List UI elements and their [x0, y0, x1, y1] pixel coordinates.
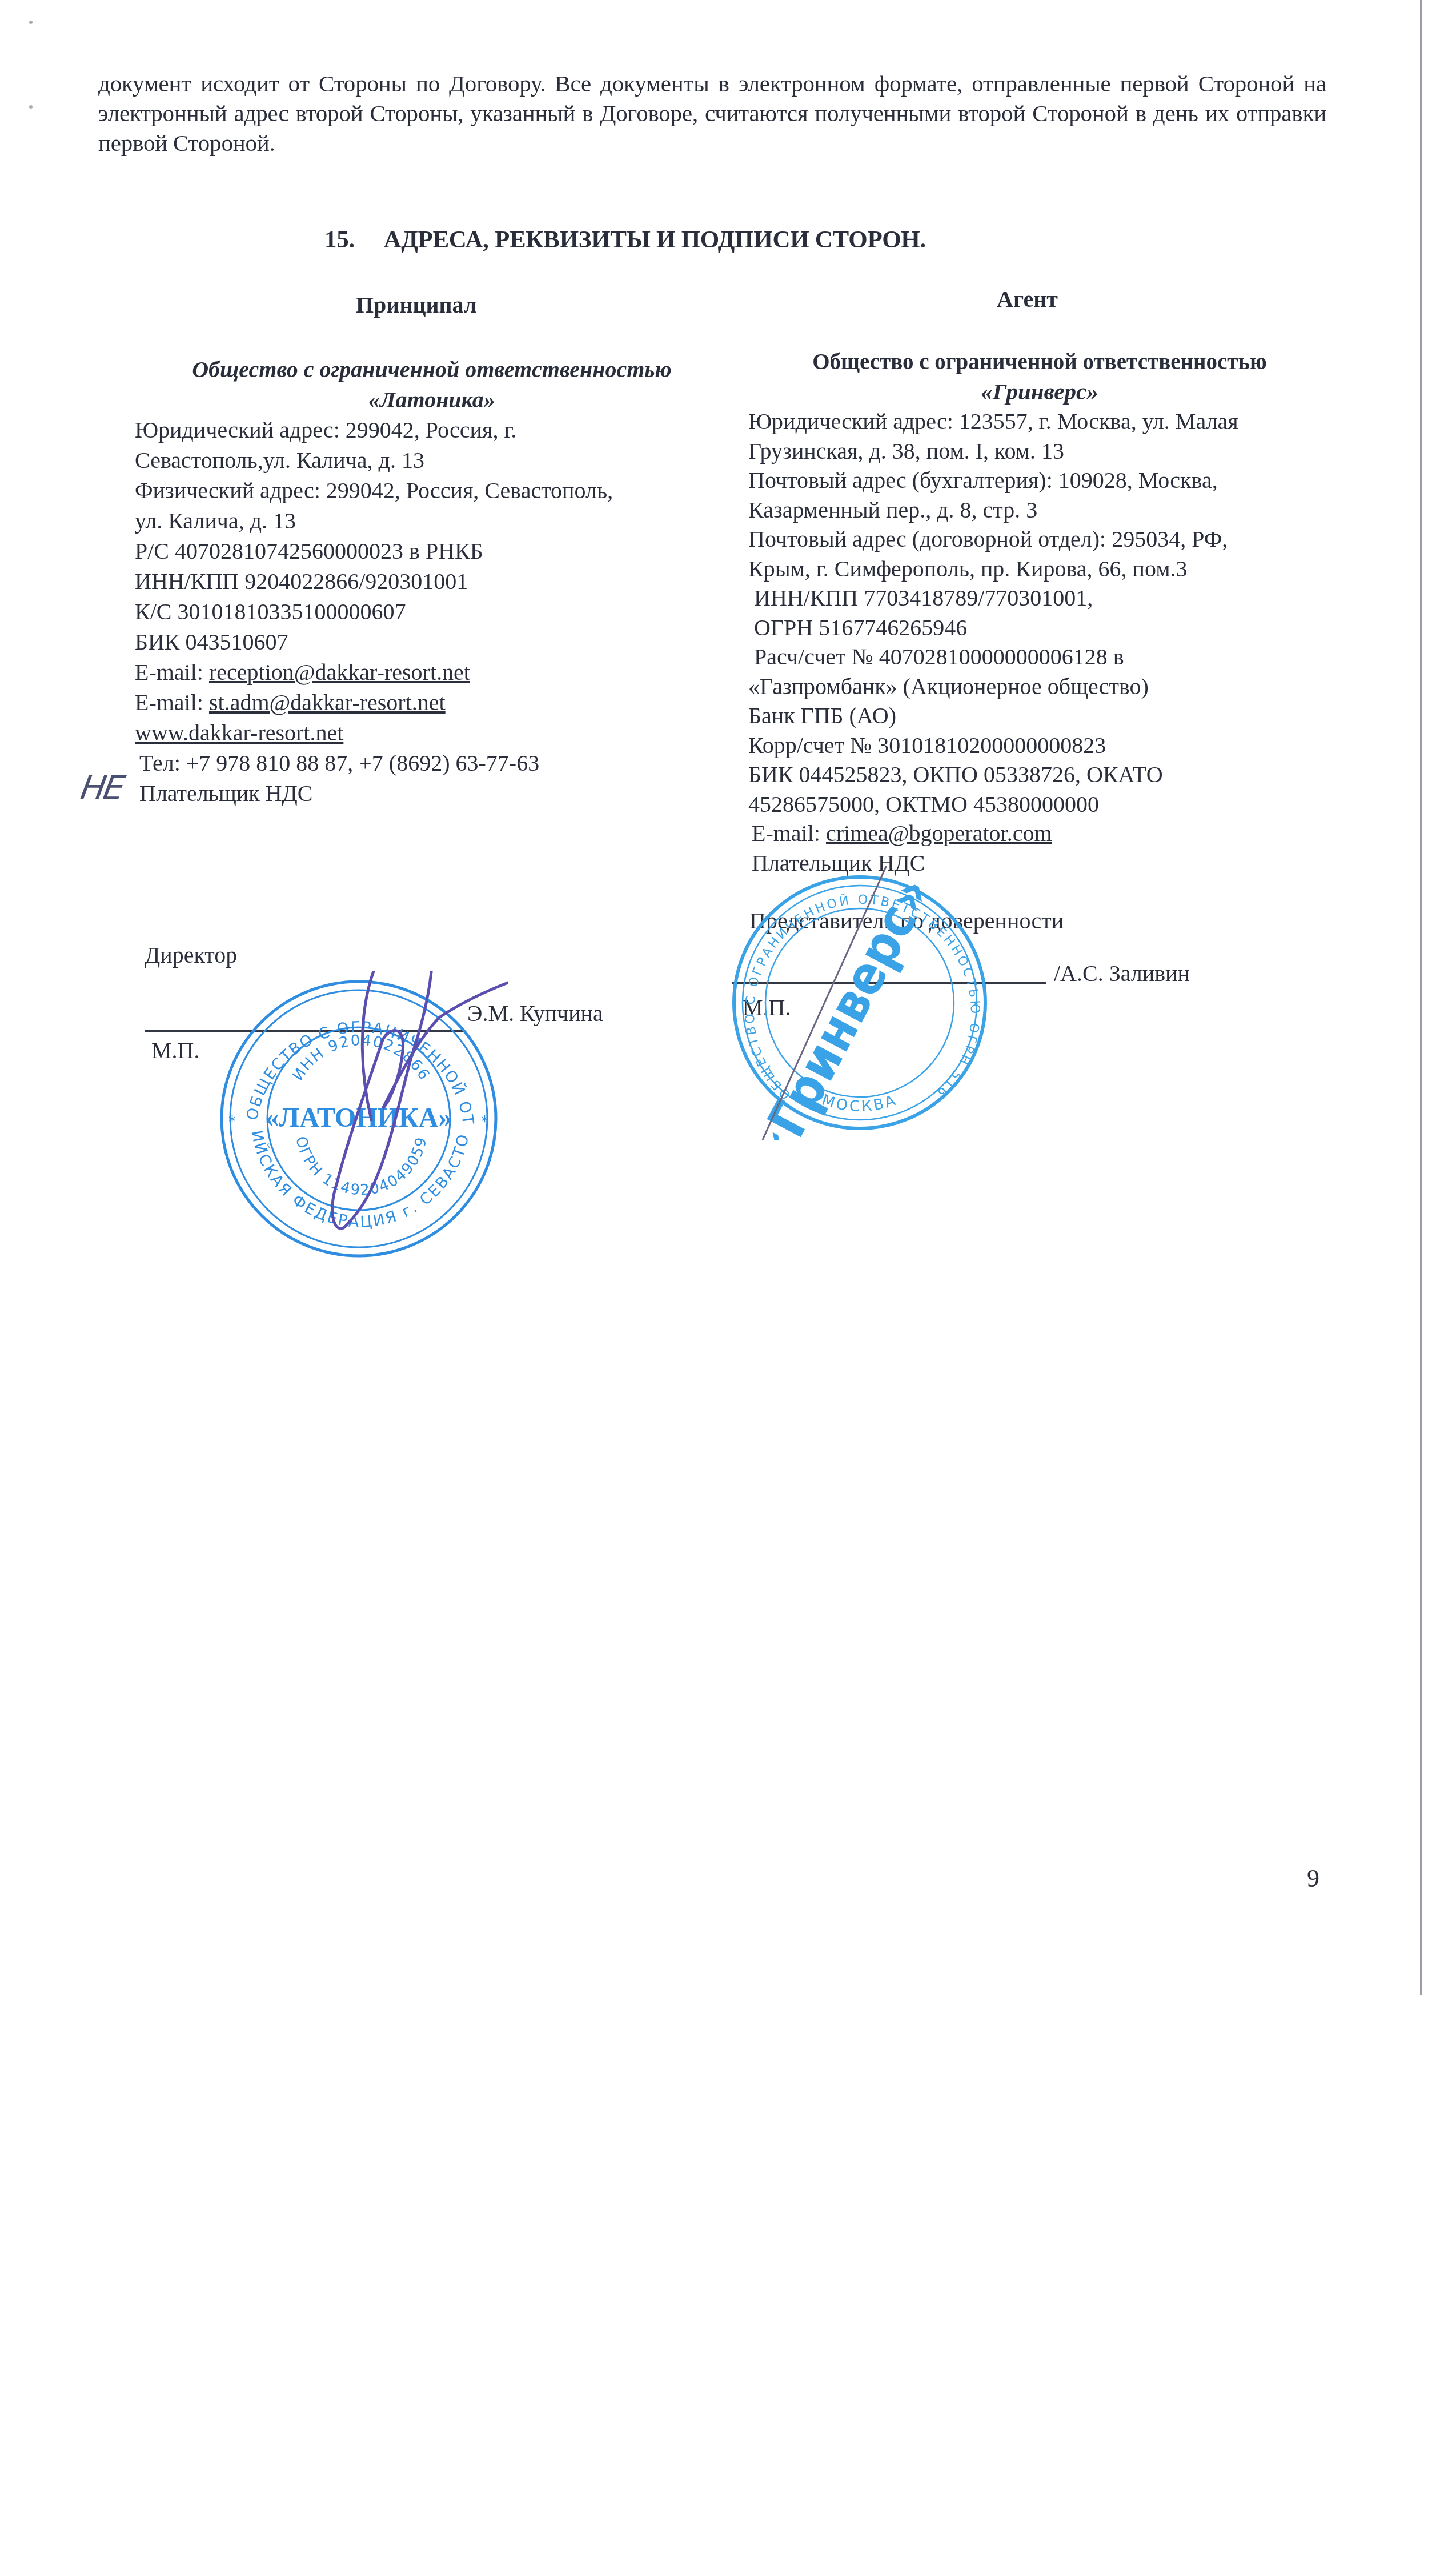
svg-text:*: * [228, 1114, 236, 1131]
email-label: E-mail: [135, 659, 209, 685]
principal-field: Юридический адрес: 299042, Россия, г. [135, 415, 706, 445]
agent-field: Крым, г. Симферополь, пр. Кирова, 66, по… [748, 554, 1331, 584]
agent-field: «Газпромбанк» (Акционерное общество) [748, 672, 1331, 702]
stamp-bottom-text: МОСКВА [820, 1091, 900, 1115]
principal-field: Р/С 40702810742560000023 в РНКБ [135, 536, 706, 566]
agent-company-name: «Гринверс» [748, 377, 1331, 407]
principal-phone: Тел: +7 978 810 88 87, +7 (8692) 63-77-6… [135, 748, 706, 778]
principal-signatory-title: Директор [145, 942, 237, 968]
email-label: E-mail: [135, 690, 209, 715]
principal-company-stamp: ОБЩЕСТВО С ОГРАНИЧЕННОЙ ОТВЕТСТВЕННОСТЬЮ… [211, 971, 508, 1268]
principal-vat-status: Плательщик НДС [135, 778, 706, 808]
agent-field: Почтовый адрес (договорной отдел): 29503… [748, 524, 1331, 554]
stamp-center-name: «ЛАТОНИКА» [265, 1103, 452, 1133]
svg-text:ОГРН 1149204049059: ОГРН 1149204049059 [292, 1135, 431, 1199]
agent-field: ИНН/КПП 7703418789/770301001, [748, 583, 1331, 613]
scan-artifact-dot [29, 21, 33, 24]
stamp-outer-text: ОБЩЕСТВО С ОГРАНИЧЕННОЙ ОТВЕТСТВЕННОСТЬЮ [211, 971, 477, 1127]
svg-text:*: * [481, 1114, 488, 1131]
agent-email-link[interactable]: crimea@bgoperator.com [826, 820, 1052, 846]
principal-email-row: E-mail: st.adm@dakkar-resort.net [135, 687, 706, 718]
principal-email-reception-link[interactable]: reception@dakkar-resort.net [209, 659, 470, 685]
agent-seal-label: М.П. [743, 994, 791, 1021]
scan-artifact-dot [29, 105, 33, 109]
principal-signatory-name: Э.М. Купчина [467, 1000, 603, 1027]
principal-company-name: «Латоника» [146, 385, 717, 415]
principal-website-link[interactable]: www.dakkar-resort.net [135, 718, 706, 748]
svg-text:ИНН 9204022866: ИНН 9204022866 [290, 1032, 434, 1084]
agent-field: 45286575000, ОКТМО 45380000000 [748, 790, 1331, 819]
agent-label: Агент [997, 286, 1058, 313]
agent-email-row: E-mail: crimea@bgoperator.com [748, 819, 1331, 848]
page-edge-rule [1420, 0, 1422, 1995]
svg-text:ОБЩЕСТВО С ОГРАНИЧЕННОЙ ОТВЕТС: ОБЩЕСТВО С ОГРАНИЧЕННОЙ ОТВЕТСТВЕННОСТЬЮ [211, 971, 477, 1127]
stamp-bottom-text: РОССИЙСКАЯ ФЕДЕРАЦИЯ г. СЕВАСТОПОЛЬ [211, 971, 473, 1231]
section-heading: 15. АДРЕСА, РЕКВИЗИТЫ И ПОДПИСИ СТОРОН. [0, 226, 1456, 254]
principal-field: Севастополь,ул. Калича, д. 13 [135, 445, 706, 475]
agent-company-type: Общество с ограниченной ответственностью [748, 347, 1331, 377]
principal-field: К/С 30101810335100000607 [135, 596, 706, 627]
section-title: АДРЕСА, РЕКВИЗИТЫ И ПОДПИСИ СТОРОН. [383, 226, 926, 253]
principal-field: Физический адрес: 299042, Россия, Севаст… [135, 475, 706, 506]
agent-field: Корр/счет № 30101810200000000823 [748, 731, 1331, 760]
agent-signatory-title: Представитель по доверенности [749, 907, 1064, 934]
stamp-ogrn: ОГРН 1149204049059 [292, 1135, 431, 1199]
agent-field: Казарменный пер., д. 8, стр. 3 [748, 495, 1331, 525]
page-number: 9 [1307, 1864, 1319, 1893]
agent-field: БИК 044525823, ОКПО 05338726, ОКАТО [748, 760, 1331, 790]
agent-details: Общество с ограниченной ответственностью… [748, 347, 1331, 878]
principal-signature-line [145, 1030, 464, 1032]
principal-seal-label: М.П. [151, 1037, 199, 1064]
svg-text:МОСКВА: МОСКВА [820, 1091, 900, 1115]
principal-field: ИНН/КПП 9204022866/920301001 [135, 566, 706, 596]
section-number: 15. [324, 226, 355, 253]
agent-field: Банк ГПБ (АО) [748, 701, 1331, 731]
agent-field: Грузинская, д. 38, пом. I, ком. 13 [748, 436, 1331, 466]
principal-email-row: E-mail: reception@dakkar-resort.net [135, 657, 706, 687]
principal-field: БИК 043510607 [135, 627, 706, 657]
principal-field: ул. Калича, д. 13 [135, 506, 706, 536]
svg-text:РОССИЙСКАЯ ФЕДЕРАЦИЯ г. СЕВАСТ: РОССИЙСКАЯ ФЕДЕРАЦИЯ г. СЕВАСТОПОЛЬ [211, 971, 473, 1231]
agent-field: Расч/счет № 40702810000000006128 в [748, 642, 1331, 672]
agent-signature-line [732, 982, 1046, 984]
principal-label: Принципал [356, 291, 476, 318]
intro-paragraph: документ исходит от Стороны по Договору.… [98, 69, 1326, 158]
handwritten-not-annotation: НЕ [78, 768, 126, 807]
agent-signatory-name: /А.С. Заливин [1054, 960, 1190, 987]
agent-field: ОГРН 5167746265946 [748, 613, 1331, 643]
agent-vat-status: Плательщик НДС [748, 848, 1331, 878]
principal-email-admin-link[interactable]: st.adm@dakkar-resort.net [209, 690, 446, 715]
principal-company-type: Общество с ограниченной ответственностью [146, 354, 717, 385]
stamp-inn: ИНН 9204022866 [290, 1032, 434, 1084]
agent-field: Юридический адрес: 123557, г. Москва, ул… [748, 407, 1331, 436]
principal-details: Общество с ограниченной ответственностью… [135, 354, 706, 808]
agent-field: Почтовый адрес (бухгалтерия): 109028, Мо… [748, 466, 1331, 495]
email-label: E-mail: [752, 820, 826, 846]
